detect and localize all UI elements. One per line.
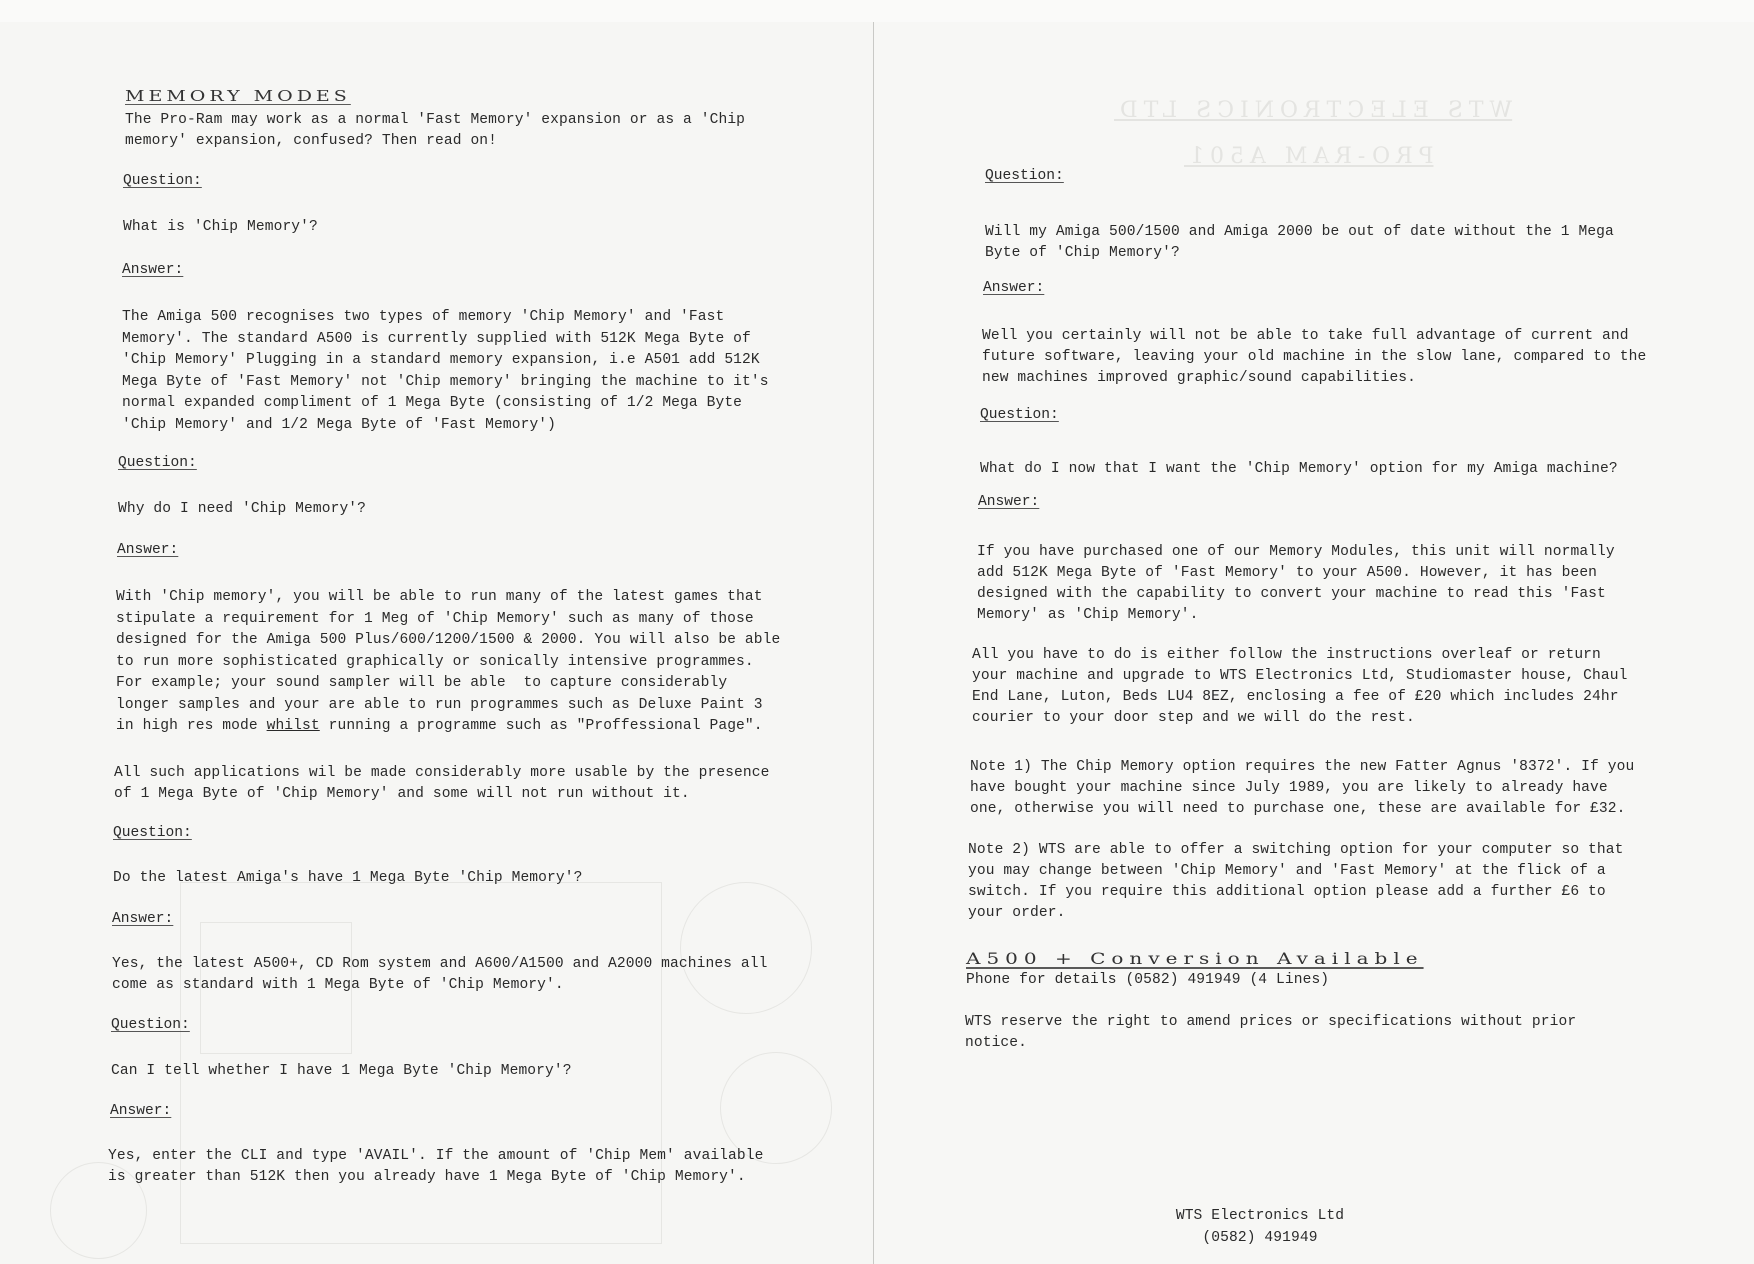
answer-text: If you have purchased one of our Memory … (977, 542, 1615, 626)
question-text: Do the latest Amiga's have 1 Mega Byte '… (113, 868, 582, 889)
question-label: Question: (118, 455, 197, 471)
footer-company: WTS Electronics Ltd (1110, 1206, 1410, 1227)
section-heading: MEMORY MODES (125, 87, 351, 105)
note-2: Note 2) WTS are able to offer a switchin… (968, 840, 1623, 924)
answer-text: Yes, enter the CLI and type 'AVAIL'. If … (108, 1146, 763, 1188)
question-text: What do I now that I want the 'Chip Memo… (980, 459, 1618, 480)
question-label: Question: (123, 173, 202, 189)
answer-text: Well you certainly will not be able to t… (982, 326, 1646, 389)
emphasis-text: whilst (267, 718, 320, 734)
note-1: Note 1) The Chip Memory option requires … (970, 757, 1634, 820)
question-text: Why do I need 'Chip Memory'? (118, 499, 366, 520)
question-text: Will my Amiga 500/1500 and Amiga 2000 be… (985, 222, 1614, 264)
answer-label: Answer: (978, 494, 1039, 510)
answer-label: Answer: (983, 280, 1044, 296)
conversion-heading: A500 + Conversion Available (966, 949, 1424, 968)
answer-text-part: running a programme such as "Proffession… (320, 718, 763, 734)
answer-label: Answer: (110, 1103, 171, 1119)
question-text: What is 'Chip Memory'? (123, 217, 318, 238)
answer-text: Yes, the latest A500+, CD Rom system and… (112, 954, 767, 996)
answer-label: Answer: (112, 911, 173, 927)
bleedthrough-heading: WTS ELECTRONICS LTD (1114, 98, 1512, 123)
answer-text: With 'Chip memory', you will be able to … (116, 587, 780, 738)
bleedthrough-heading: PRO-RAM A501 (1184, 144, 1434, 169)
answer-text-extra: All such applications wil be made consid… (114, 763, 769, 805)
footer-phone: (0582) 491949 (1110, 1228, 1410, 1249)
question-label: Question: (985, 168, 1064, 184)
question-label: Question: (111, 1017, 190, 1033)
right-page: WTS ELECTRONICS LTD PRO-RAM A501 (874, 22, 1754, 1264)
disclaimer: WTS reserve the right to amend prices or… (965, 1012, 1576, 1054)
scan-top-margin (0, 0, 1754, 22)
conversion-section: A500 + Conversion Available (966, 944, 1424, 968)
question-label: Question: (113, 825, 192, 841)
memory-modes-section: MEMORY MODES (125, 83, 351, 105)
answer-label: Answer: (122, 262, 183, 278)
conversion-phone: Phone for details (0582) 491949 (4 Lines… (966, 970, 1329, 991)
intro-paragraph: The Pro-Ram may work as a normal 'Fast M… (125, 110, 745, 152)
question-label: Question: (980, 407, 1059, 423)
question-text: Can I tell whether I have 1 Mega Byte 'C… (111, 1061, 572, 1082)
answer-label: Answer: (117, 542, 178, 558)
answer-text-part: With 'Chip memory', you will be able to … (116, 589, 780, 734)
instructions-paragraph: All you have to do is either follow the … (972, 645, 1627, 729)
answer-text: The Amiga 500 recognises two types of me… (122, 307, 769, 436)
